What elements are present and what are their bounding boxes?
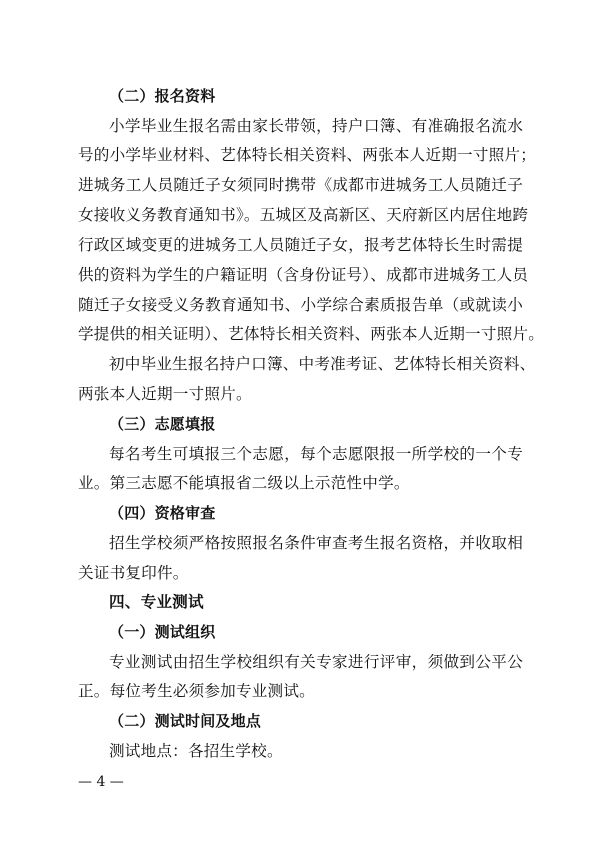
- subsection-heading: （二）报名资料: [109, 86, 554, 106]
- paragraph-line: 学提供的相关证明）、艺体特长相关资料、两张本人近期一寸照片。: [78, 324, 523, 344]
- document-page: （二）报名资料小学毕业生报名需由家长带领，持户口簿、有准确报名流水号的小学毕业材…: [0, 0, 595, 842]
- page-number: — 4 —: [78, 773, 124, 791]
- paragraph-line: 初中毕业生报名持户口簿、中考准考证、艺体特长相关资料、: [109, 354, 523, 374]
- paragraph-line: 正。每位考生必须参加专业测试。: [78, 681, 523, 701]
- paragraph-line: 业。第三志愿不能填报省二级以上示范性中学。: [78, 473, 523, 493]
- paragraph-line: 关证书复印件。: [78, 563, 523, 583]
- subsection-heading: （三）志愿填报: [109, 414, 554, 434]
- paragraph-line: 女接收义务教育通知书》。五城区及高新区、天府新区内居住地跨: [78, 205, 523, 225]
- paragraph-line: 两张本人近期一寸照片。: [78, 384, 523, 404]
- paragraph-line: 进城务工人员随迁子女须同时携带《成都市进城务工人员随迁子: [78, 175, 523, 195]
- paragraph-line: 测试地点：各招生学校。: [109, 741, 554, 761]
- paragraph-line: 行政区域变更的进城务工人员随迁子女，报考艺体特长生时需提: [78, 235, 523, 255]
- section-heading: 四、专业测试: [109, 592, 554, 612]
- subsection-heading: （一）测试组织: [109, 622, 554, 642]
- paragraph-line: 每名考生可填报三个志愿，每个志愿限报一所学校的一个专: [109, 444, 523, 464]
- paragraph-line: 小学毕业生报名需由家长带领，持户口簿、有准确报名流水: [109, 116, 523, 136]
- paragraph-line: 随迁子女接受义务教育通知书、小学综合素质报告单（或就读小: [78, 295, 523, 315]
- paragraph-line: 招生学校须严格按照报名条件审查考生报名资格，并收取相: [109, 533, 523, 553]
- subsection-heading: （二）测试时间及地点: [109, 711, 554, 731]
- paragraph-line: 号的小学毕业材料、艺体特长相关资料、两张本人近期一寸照片；: [78, 145, 523, 165]
- subsection-heading: （四）资格审查: [109, 503, 554, 523]
- paragraph-line: 专业测试由招生学校组织有关专家进行评审，须做到公平公: [109, 652, 523, 672]
- paragraph-line: 供的资料为学生的户籍证明（含身份证号）、成都市进城务工人员: [78, 265, 523, 285]
